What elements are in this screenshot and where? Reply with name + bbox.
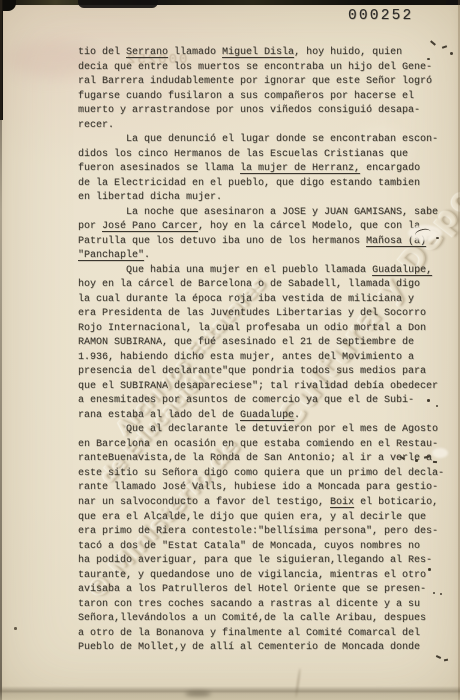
ink-mark (444, 659, 448, 662)
ink-mark (442, 45, 447, 49)
ink-mark (436, 237, 439, 239)
ink-mark (436, 405, 438, 407)
document-line: a enesmitades por asuntos de comercio ya… (78, 394, 444, 409)
document-line: la cual durante la época roja iba vestid… (78, 293, 444, 308)
document-line: en libertad dicha mujer. (78, 191, 444, 206)
document-line: Señora,llevándolos a un Comité,de la cal… (78, 612, 444, 627)
ink-mark (430, 40, 436, 45)
ink-mark (427, 399, 430, 402)
document-line: de la Electricidad en el pueblo, que dig… (78, 177, 444, 192)
document-line: ranteBuenavista,de la Ronda de San Anton… (78, 452, 444, 467)
typewritten-text: tio del Serrano llamado Miguel Disla, ho… (78, 46, 444, 656)
document-line: taurante, y quedandose uno de vigilancia… (78, 569, 444, 584)
document-line: La que denunció el lugar donde se encont… (78, 133, 444, 148)
document-line: rana estaba al lado del de Guadalupe. (78, 409, 444, 424)
document-line: La noche que asesinaron a JOSE y JUAN GA… (78, 206, 444, 221)
document-line: "Panchaple". (78, 249, 444, 264)
document-line: a otro de la Bonanova y finalmente al Co… (78, 627, 444, 642)
document-line: didos los cinco Hermanos de las Escuelas… (78, 148, 444, 163)
document-line: decia que entre los muertos se encontrab… (78, 61, 444, 76)
document-line: fugarse cuando fusilaron a sus compañero… (78, 90, 444, 105)
document-line: nar un salvoconducto a favor del testigo… (78, 496, 444, 511)
ink-mark (428, 568, 431, 571)
document-line: que era el Alcalde,le dijo que quien era… (78, 511, 444, 526)
document-line: ral Barrera indudablemente por ignorar q… (78, 75, 444, 90)
document-page: © Ministerio de Archivos Estatales de Ed… (0, 0, 460, 700)
ink-mark (433, 461, 437, 463)
document-line: era Presidenta de las Juventudes Liberta… (78, 307, 444, 322)
document-line: Patrulla que los detuvo iba uno de los h… (78, 235, 444, 250)
document-line: que el SUBIRANA desapareciese"; tal riva… (78, 380, 444, 395)
document-line: hoy en la cárcel de Barcelona o de Sabad… (78, 278, 444, 293)
document-line: Pueblo de Mollet,y de allí al Cementerio… (78, 641, 444, 656)
ink-mark (433, 592, 435, 594)
document-line: Que habia una mujer en el pueblo llamada… (78, 264, 444, 279)
scan-edge-top (78, 0, 158, 8)
document-line: era primo de Riera contestole:"bellísima… (78, 525, 444, 540)
document-line: muerto y arrastrandose por unos viñedos … (78, 104, 444, 119)
document-line: rante llamado José Valls, hubiese ido a … (78, 481, 444, 496)
document-line: 1.936, habiendo dicho esta mujer, antes … (78, 351, 444, 366)
page-number-stamp: 000252 (348, 8, 413, 24)
document-line: en Barcelona en ocasión en que estaba co… (78, 438, 444, 453)
document-line: este sitio su Señora digo como quiera qu… (78, 467, 444, 482)
document-line: RAMON SUBIRANA, que fué asesinado el 21 … (78, 336, 444, 351)
scan-edge-bottom (0, 686, 460, 700)
scan-edge-left (0, 0, 2, 700)
paper-damage (432, 448, 448, 458)
document-line: tio del Serrano llamado Miguel Disla, ho… (78, 46, 444, 61)
document-line: por José Pano Carcer, hoy en la cárcel M… (78, 220, 444, 235)
ink-mark (415, 459, 418, 462)
ink-mark (427, 58, 430, 60)
document-line: Que al declarante le detuvieron por el m… (78, 423, 444, 438)
document-line: presencia del declarante"que pondria tod… (78, 365, 444, 380)
document-line: recer. (78, 119, 444, 134)
document-line: ha podido averiguar, para que le siguier… (78, 554, 444, 569)
ink-mark (450, 52, 453, 55)
document-line: avisaba a los Patrulleros del Hotel Orie… (78, 583, 444, 598)
document-line: fueron asesinados se llama la mujer de H… (78, 162, 444, 177)
document-line: Rojo Internacional, la cual profesaba un… (78, 322, 444, 337)
document-line: tacó a dos de "Estat Catala" de Moncada,… (78, 540, 444, 555)
ink-mark (440, 593, 442, 595)
ink-mark (14, 627, 17, 630)
scan-edge-top (0, 0, 460, 5)
document-line: taron con tres coches sacando a rastras … (78, 598, 444, 613)
